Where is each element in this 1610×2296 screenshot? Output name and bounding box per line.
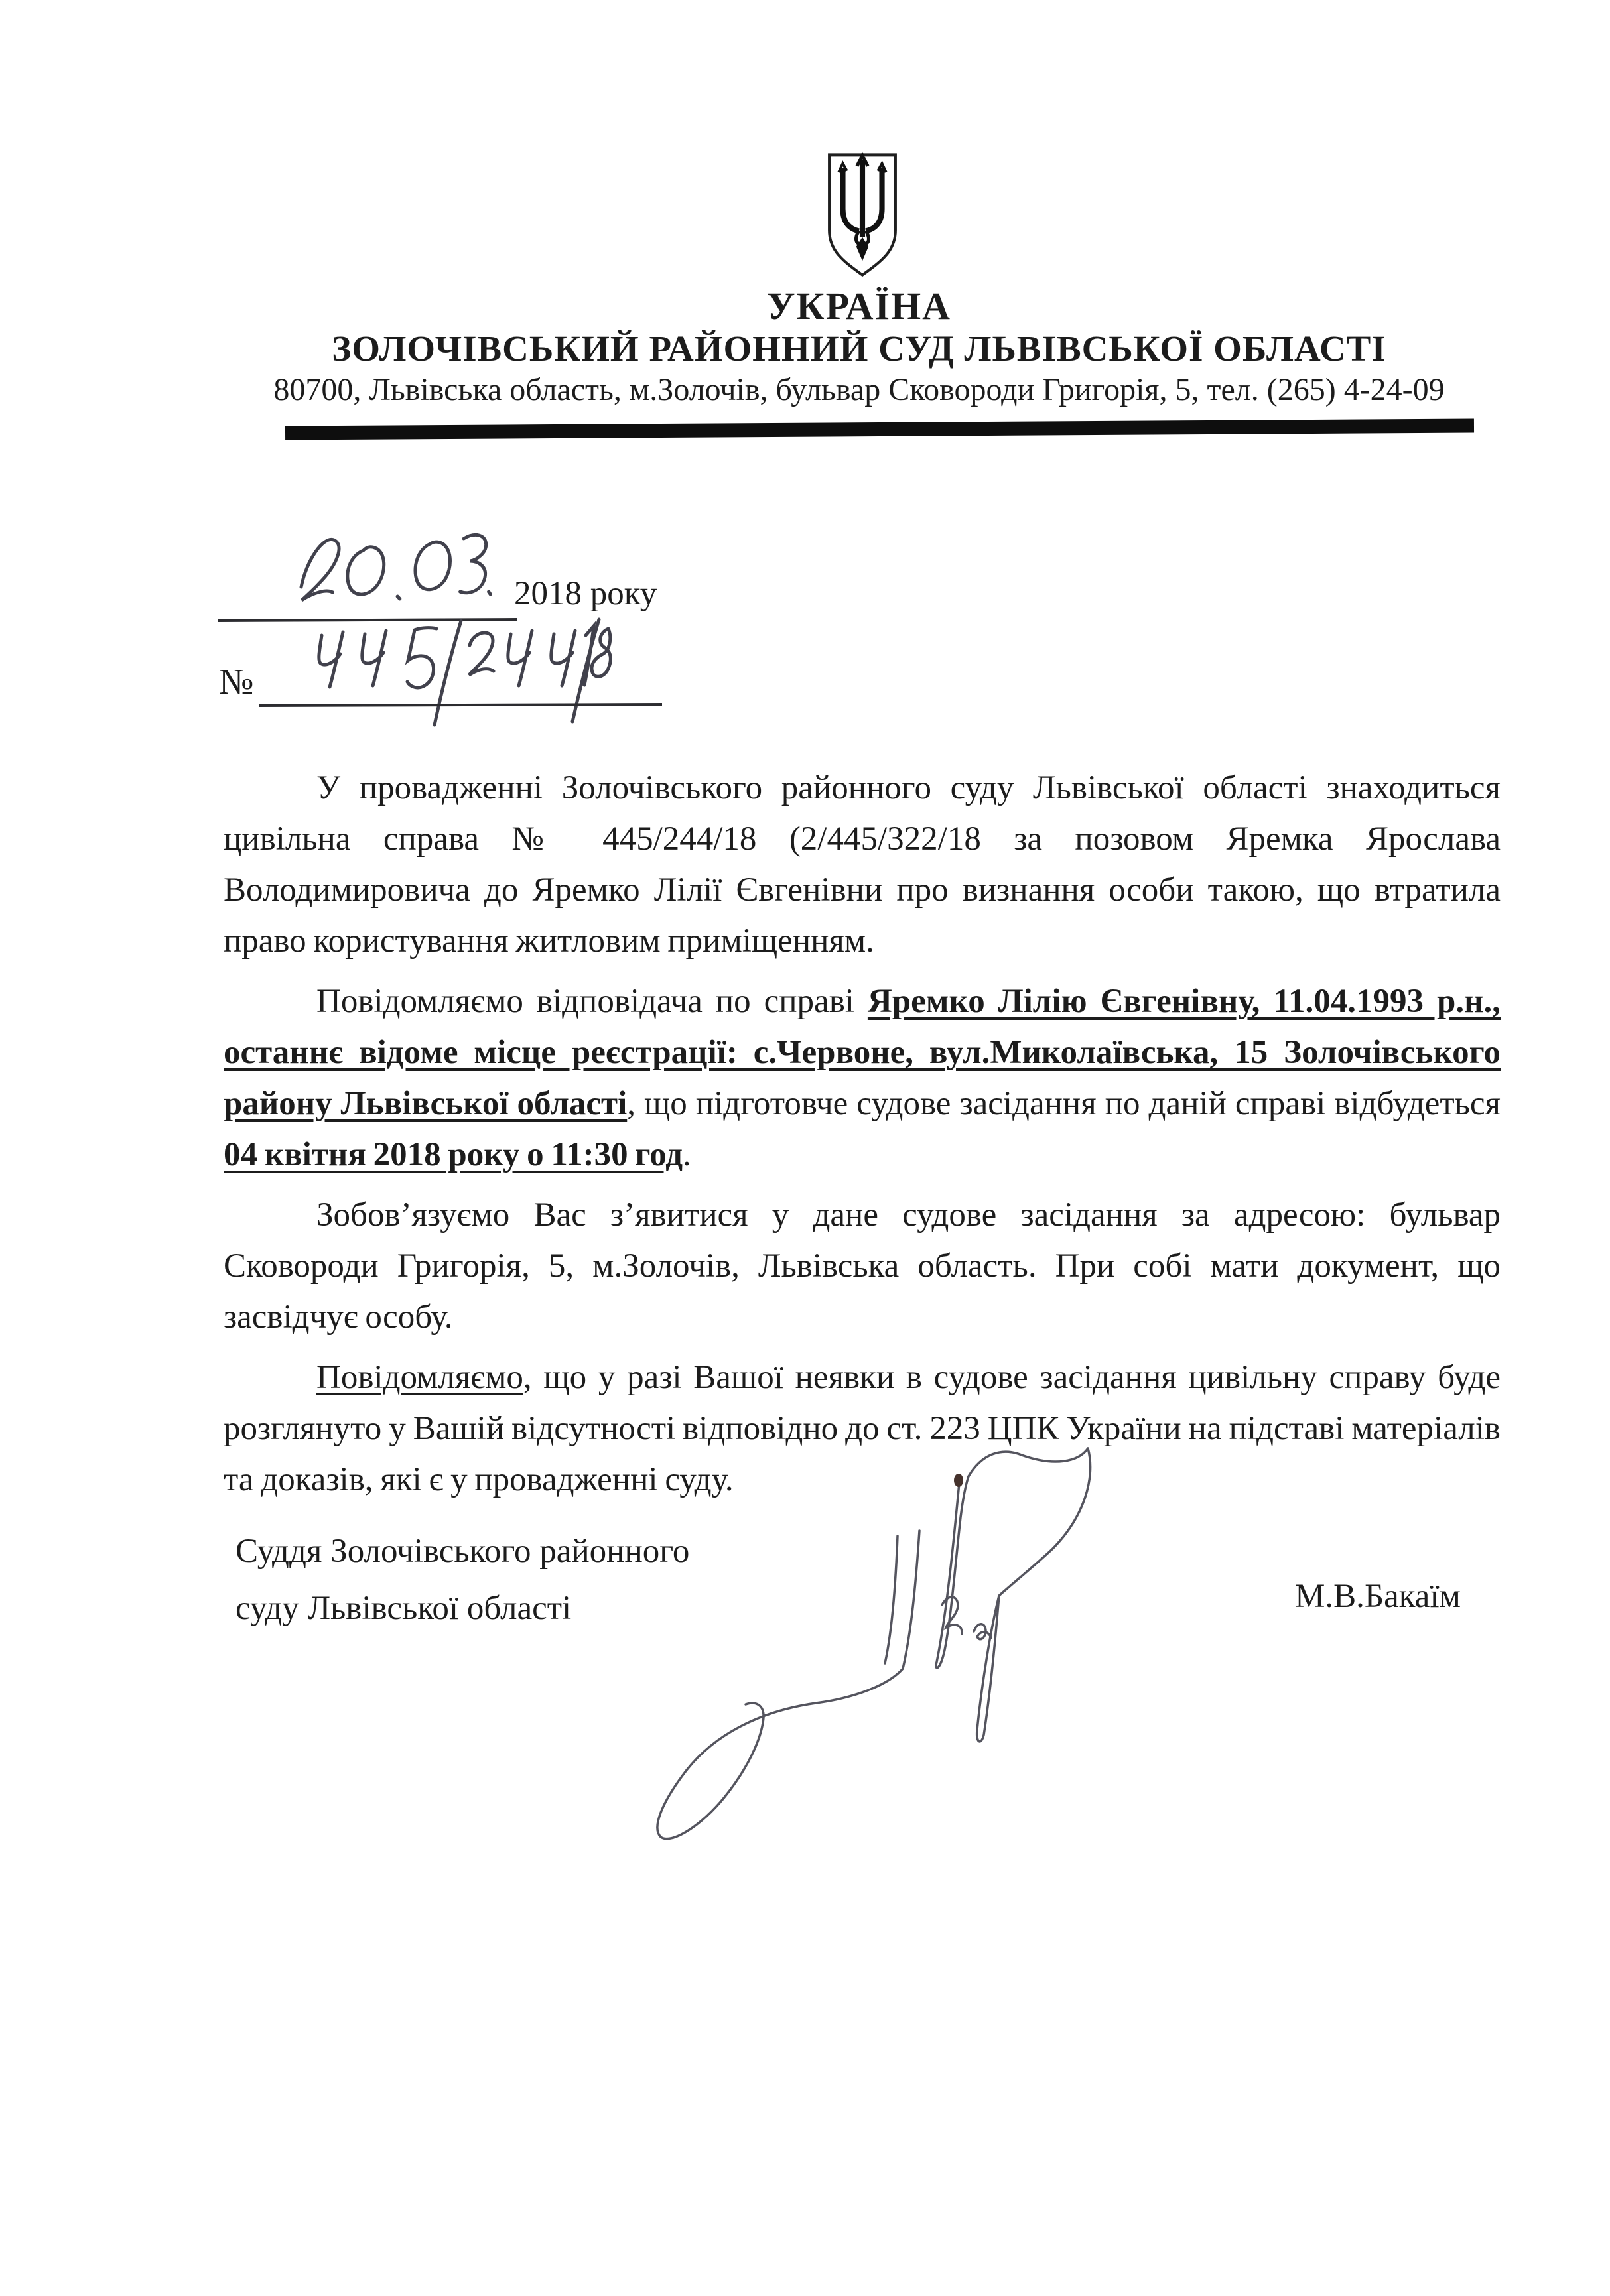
date-year-label: 2018 року bbox=[514, 574, 657, 613]
hearing-datetime: 04 квітня 2018 року о 11:30 год bbox=[224, 1136, 683, 1173]
ukraine-trident-emblem bbox=[825, 150, 900, 280]
paragraph-appearance-obligation: Зобов’язуємо Вас з’явитися у дане судове… bbox=[224, 1190, 1501, 1343]
summons-middle: , що підготовче судове засідання по дані… bbox=[627, 1085, 1501, 1122]
handwritten-case-number bbox=[302, 609, 614, 732]
summons-intro: Повідомляємо відповідача по справі bbox=[316, 983, 868, 1020]
trident-icon bbox=[825, 150, 900, 280]
court-letter-page: УКРАЇНА ЗОЛОЧІВСЬКИЙ РАЙОННИЙ СУД ЛЬВІВС… bbox=[0, 0, 1610, 2296]
paragraph-summons: Повідомляємо відповідача по справі Яремк… bbox=[224, 976, 1501, 1180]
letterhead-divider-bar bbox=[285, 419, 1474, 440]
court-address: 80700, Львівська область, м.Золочів, бул… bbox=[119, 371, 1599, 408]
handwritten-signature bbox=[624, 1438, 1108, 1866]
court-name: ЗОЛОЧІВСЬКИЙ РАЙОННИЙ СУД ЛЬВІВСЬКОЇ ОБЛ… bbox=[119, 328, 1599, 369]
paragraph-case-info-text: У провадженні Золочівського районного су… bbox=[224, 769, 1501, 960]
signer-title-line-2: суду Львівської області bbox=[235, 1589, 571, 1627]
case-number-label: № bbox=[219, 661, 253, 702]
signer-title-line-1: Суддя Золочівського районного bbox=[235, 1532, 689, 1570]
country-title: УКРАЇНА bbox=[119, 284, 1599, 328]
handwritten-date bbox=[291, 531, 496, 620]
summons-period: . bbox=[683, 1136, 691, 1173]
appearance-obligation-text: Зобов’язуємо Вас з’явитися у дане судове… bbox=[224, 1196, 1501, 1336]
letter-body: У провадженні Золочівського районного су… bbox=[224, 763, 1501, 1515]
paragraph-case-info: У провадженні Золочівського районного су… bbox=[224, 763, 1501, 967]
warning-lead-word: Повідомляємо bbox=[316, 1359, 523, 1396]
signer-name: М.В.Бакаїм bbox=[1295, 1577, 1461, 1616]
